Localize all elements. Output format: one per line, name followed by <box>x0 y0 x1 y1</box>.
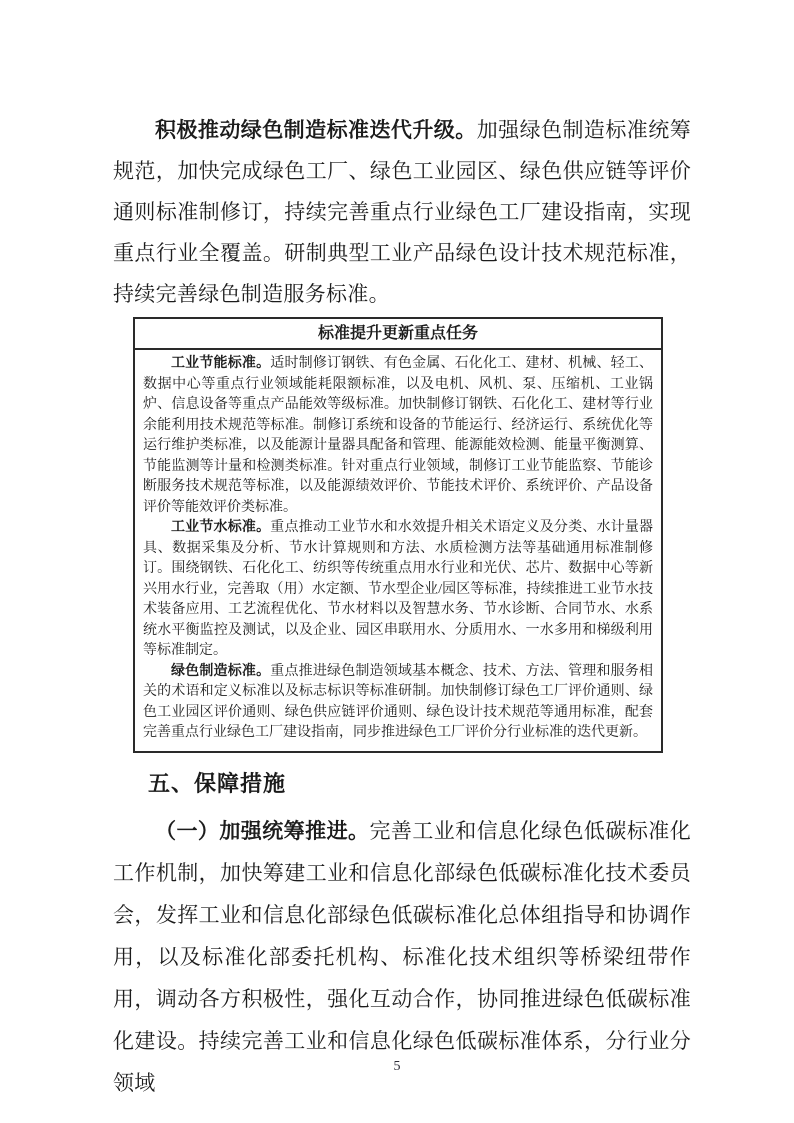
key-tasks-table-body: 工业节能标准。适时制修订钢铁、有色金属、石化化工、建材、机械、轻工、数据中心等重… <box>135 350 661 751</box>
key-tasks-table-title: 标准提升更新重点任务 <box>135 319 661 350</box>
task-item-text: 适时制修订钢铁、有色金属、石化化工、建材、机械、轻工、数据中心等重点行业领域能耗… <box>143 356 653 515</box>
task-item-energy-saving: 工业节能标准。适时制修订钢铁、有色金属、石化化工、建材、机械、轻工、数据中心等重… <box>143 354 653 518</box>
paragraph-body-text: 加强绿色制造标准统筹规范，加快完成绿色工厂、绿色工业园区、绿色供应链等评价通则标… <box>113 118 691 306</box>
document-page: 积极推动绿色制造标准迭代升级。加强绿色制造标准统筹规范，加快完成绿色工厂、绿色工… <box>0 0 794 1123</box>
section-heading-safeguards: 五、保障措施 <box>148 769 691 799</box>
task-item-lead: 工业节水标准。 <box>171 520 270 535</box>
task-item-water-saving: 工业节水标准。重点推动工业节水和水效提升相关术语定义及分类、水计量器具、数据采集… <box>143 518 653 662</box>
page-content: 积极推动绿色制造标准迭代升级。加强绿色制造标准统筹规范，加快完成绿色工厂、绿色工… <box>113 110 691 1104</box>
key-tasks-table: 标准提升更新重点任务 工业节能标准。适时制修订钢铁、有色金属、石化化工、建材、机… <box>133 317 663 753</box>
paragraph-bold-lead: （一）加强统筹推进。 <box>155 819 369 843</box>
paragraph-bold-lead: 积极推动绿色制造标准迭代升级。 <box>155 118 477 142</box>
task-item-text: 重点推动工业节水和水效提升相关术语定义及分类、水计量器具、数据采集及分析、节水计… <box>143 520 653 658</box>
task-item-lead: 工业节能标准。 <box>171 356 270 371</box>
paragraph-green-manufacturing: 积极推动绿色制造标准迭代升级。加强绿色制造标准统筹规范，加快完成绿色工厂、绿色工… <box>113 110 691 315</box>
task-item-lead: 绿色制造标准。 <box>171 664 270 679</box>
paragraph-body-text: 完善工业和信息化绿色低碳标准化工作机制，加快筹建工业和信息化部绿色低碳标准化技术… <box>113 819 691 1095</box>
page-number: 5 <box>0 1059 794 1075</box>
task-item-green-manufacturing: 绿色制造标准。重点推进绿色制造领域基本概念、技术、方法、管理和服务相关的术语和定… <box>143 662 653 744</box>
